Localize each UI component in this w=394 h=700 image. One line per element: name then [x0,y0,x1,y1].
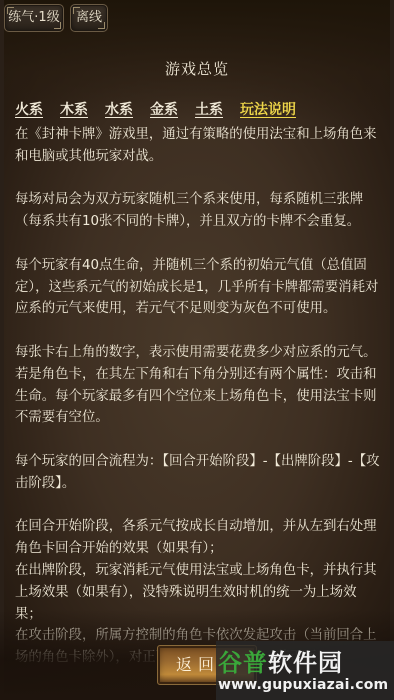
rules-text-scroll[interactable]: 在《封神卡牌》游戏里，通过有策略的使用法宝和上场角色来和电脑或其他玩家对战。 每… [15,124,381,669]
watermark-url: www.gupuxiazai.com [218,677,388,693]
watermark-logo-white: 软件园 [268,649,343,677]
element-tabs: 火系 木系 水系 金系 土系 玩法说明 [15,99,313,119]
watermark-logo-green: 谷普 [218,649,268,677]
page-title: 游戏总览 [0,58,394,79]
watermark-logo: 谷普软件园 [218,643,343,678]
watermark-overlay: 谷普软件园 www.gupuxiazai.com [216,641,394,700]
rules-paragraph-energy: 每个玩家有40点生命，并随机三个系的初始元气值（总值固定），这些系元气的初始成长… [15,255,381,320]
rules-paragraph-start-phase: 在回合开始阶段，各系元气按成长自动增加，并从左到右处理角色卡回合开始的效果（如果… [15,516,381,560]
tab-how-to-play[interactable]: 玩法说明 [240,99,296,119]
frame-edge-right [390,0,394,700]
tab-water[interactable]: 水系 [105,99,133,119]
tab-wood[interactable]: 木系 [60,99,88,119]
offline-status-badge: 离线 [70,4,108,32]
frame-edge-left [0,0,4,700]
tab-metal[interactable]: 金系 [150,99,178,119]
rules-paragraph-intro: 在《封神卡牌》游戏里，通过有策略的使用法宝和上场角色来和电脑或其他玩家对战。 [15,124,381,168]
rules-paragraph-deck: 每场对局会为双方玩家随机三个系来使用，每系随机三张牌（每系共有10张不同的卡牌）… [15,189,381,233]
tab-fire[interactable]: 火系 [15,99,43,119]
rules-paragraph-play-phase: 在出牌阶段，玩家消耗元气使用法宝或上场角色卡，并执行其上场效果（如果有），没特殊… [15,560,381,625]
rules-paragraph-cards: 每张卡右上角的数字，表示使用需要花费多少对应系的元气。若是角色卡，在其左下角和右… [15,342,381,429]
tab-earth[interactable]: 土系 [195,99,223,119]
rules-paragraph-turn-flow: 每个玩家的回合流程为：【回合开始阶段】-【出牌阶段】-【攻击阶段】。 [15,451,381,495]
level-badge: 练气·1级 [4,4,64,32]
